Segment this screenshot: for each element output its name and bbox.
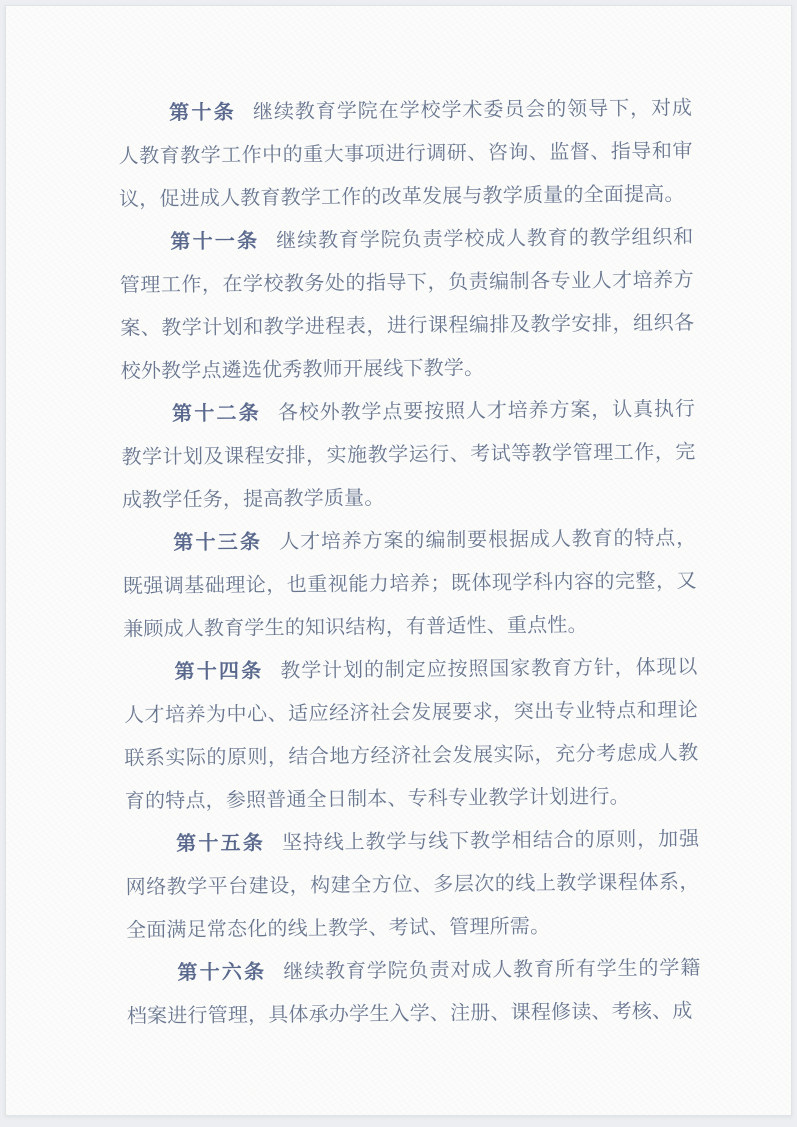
article-11-number: 第十一条 xyxy=(170,230,259,253)
article-16-number: 第十六条 xyxy=(177,961,266,984)
document-text-block: 第十条继续教育学院在学校学术委员会的领导下，对成人教育教学工作中的重大事项进行调… xyxy=(118,87,701,1038)
paragraph-article-14: 第十四条教学计划的制定应按照国家教育方针，体现以人才培养为中心、适应经济社会发展… xyxy=(123,646,699,824)
paragraph-article-10: 第十条继续教育学院在学校学术委员会的领导下，对成人教育教学工作中的重大事项进行调… xyxy=(118,87,693,222)
scan-background: 第十条继续教育学院在学校学术委员会的领导下，对成人教育教学工作中的重大事项进行调… xyxy=(0,0,797,1127)
paragraph-article-12: 第十二条各校外教学点要按照人才培养方案，认真执行教学计划及课程安排，实施教学运行… xyxy=(121,388,696,523)
article-15-number: 第十五条 xyxy=(176,832,265,855)
article-14-number: 第十四条 xyxy=(174,660,263,683)
article-12-number: 第十二条 xyxy=(172,402,261,425)
paragraph-article-16: 第十六条继续教育学院负责对成人教育所有学生的学籍档案进行管理，具体承办学生入学、… xyxy=(126,947,701,1039)
article-13-number: 第十三条 xyxy=(173,531,262,554)
document-page: 第十条继续教育学院在学校学术委员会的领导下，对成人教育教学工作中的重大事项进行调… xyxy=(5,5,792,1116)
paragraph-article-13: 第十三条人才培养方案的编制要根据成人教育的特点，既强调基础理论，也重视能力培养；… xyxy=(122,517,697,652)
paragraph-article-11: 第十一条继续教育学院负责学校成人教育的教学组织和管理工作，在学校教务处的指导下，… xyxy=(119,216,695,394)
article-10-number: 第十条 xyxy=(169,102,236,125)
paragraph-article-15: 第十五条坚持线上教学与线下教学相结合的原则，加强网络教学平台建设，构建全方位、多… xyxy=(125,818,700,953)
